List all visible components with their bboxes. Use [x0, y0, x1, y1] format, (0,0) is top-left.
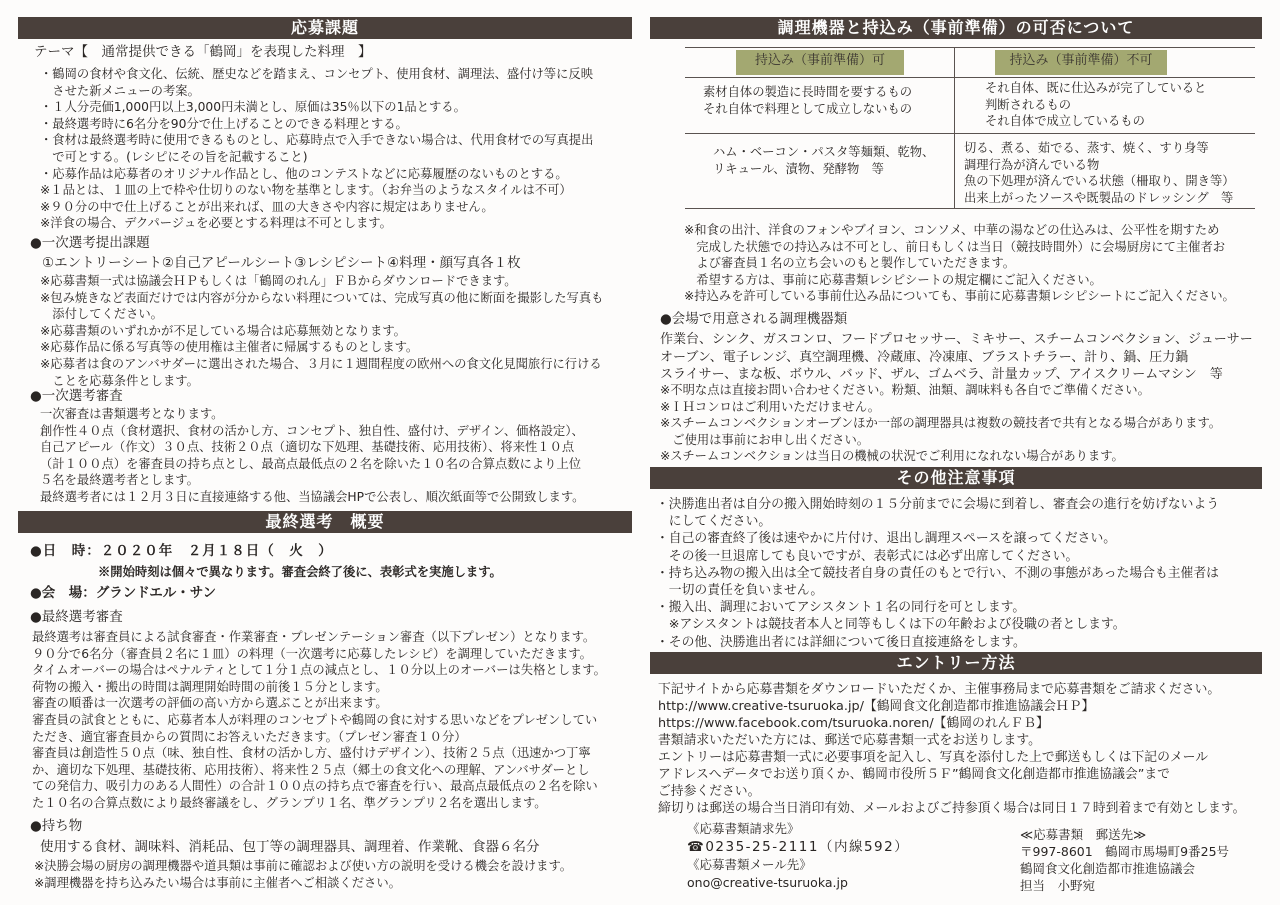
first-review-body: 一次審査は書類選考となります。 創作性４０点（食材選択、食材の活かし方、コンセプ… — [40, 406, 584, 506]
not-allowed-cell: それ自体、既に仕込みが完了していると 判断されるもの それ自体で成立しているもの — [985, 80, 1206, 130]
note-line: よび審査員１名の立ち会いのもと製作していただきます。 — [684, 255, 1235, 272]
section-title-equipment: 調理機器と持込み（事前準備）の可否について — [650, 17, 1262, 39]
table-rule — [685, 47, 1255, 48]
contact-person: 担当 小野宛 — [1020, 877, 1229, 894]
note-line: ※応募作品に係る写真等の使用権は主催者に帰属するものとします。 — [40, 339, 603, 356]
first-submission-notes: ※応募書類一式は協議会ＨＰもしくは「鶴岡のれん」ＦＢからダウンロードできます。 … — [40, 273, 603, 389]
phone-icon: ☎ — [687, 839, 705, 855]
table-rule — [685, 208, 1255, 209]
equipment-heading: ●会場で用意される調理機器類 — [660, 310, 847, 329]
mail-heading: 《応募書類メール先》 — [687, 856, 909, 874]
review-line: か、適切な下処理、基礎技術、応用技術）、将来性２５点（郷土の食文化への理解、アン… — [32, 762, 606, 779]
note-line: 添付してください。 — [40, 306, 603, 323]
allowed-cell: 素材自体の製造に長時間を要するもの それ自体で料理として成立しないもの — [703, 84, 912, 117]
review-line: 審査員の試食とともに、応募者本人が料理のコンセプトや鶴岡の食に対する思いなどをプ… — [32, 712, 606, 729]
header-allowed: 持込み（事前準備）可 — [736, 50, 904, 75]
cell-line: リキュール、漬物、発酵物 等 — [713, 161, 934, 178]
facebook-link[interactable]: https://www.facebook.com/tsuruoka.noren/ — [658, 716, 934, 731]
link-hp-row: http://www.creative-tsuruoka.jp/【鶴岡食文化創造… — [658, 698, 1245, 715]
review-line: 最終選考は審査員による試食審査・作業審査・プレゼンテーション審査（以下プレゼン）… — [32, 629, 606, 646]
theme-bullets: ・鶴岡の食材や食文化、伝統、歴史などを踏まえ、コンセプト、使用食材、調理法、盛付… — [40, 66, 593, 182]
review-line: （計１００点）を審査員の持ち点とし、最高点最低点の２名を除いた１０名の合算点数に… — [40, 456, 584, 473]
email-link[interactable]: ono@creative-tsuruoka.jp — [687, 874, 909, 892]
theme-line: テーマ【 通常提供できる「鶴岡」を表現した料理 】 — [34, 43, 372, 62]
review-line: タイムオーバーの場合はペナルティとして１分１点の減点とし、１０分以上のオーバーは… — [32, 662, 606, 679]
entry-line: アドレスへデータでお送り頂くか、鶴岡市役所５Ｆ”鶴岡食文化創造都市推進協議会”ま… — [658, 766, 1245, 783]
section-title-application-theme: 応募課題 — [18, 17, 632, 39]
organization-name: 鶴岡食文化創造都市推進協議会 — [1020, 860, 1229, 877]
bullet-line: で可とする。(レシピにその旨を記載すること) — [40, 149, 593, 166]
cell-line: 調理行為が済んでいる物 — [964, 157, 1235, 174]
note-line: ※応募書類一式は協議会ＨＰもしくは「鶴岡のれん」ＦＢからダウンロードできます。 — [40, 273, 603, 290]
review-line: た１０名の合算点数により最終審議をし、グランプリ１名、準グランプリ２名を選出しま… — [32, 795, 606, 812]
review-line: 最終選考者には１２月３日に直接連絡する他、当協議会HPで公表し、順次紙面等で公開… — [40, 489, 584, 506]
request-heading: 《応募書類請求先》 — [687, 820, 909, 838]
notice-line: 一切の責任を負いません。 — [656, 582, 1219, 599]
review-line: 審査の順番は一次選考の評価の高い方から選ぶことが出来ます。 — [32, 695, 606, 712]
cell-line: それ自体、既に仕込みが完了していると — [985, 80, 1206, 97]
allowed-cell: ハム・ベーコン・パスタ等麺類、乾物、 リキュール、漬物、発酵物 等 — [713, 144, 934, 177]
cell-line: 判断されるもの — [985, 97, 1206, 114]
notice-line: ・自己の審査終了後は速やかに片付け、退出し調理スペースを譲ってください。 — [656, 530, 1219, 547]
note-line: ※応募書類のいずれかが不足している場合は応募無効となります。 — [40, 323, 603, 340]
notice-line: にしてください。 — [656, 513, 1219, 530]
belongings-list: 使用する食材、調味料、消耗品、包丁等の調理器具、調理着、作業靴、食器６名分 — [40, 838, 540, 857]
review-line: 創作性４０点（食材選択、食材の活かし方、コンセプト、独自性、盛付け、デザイン、価… — [40, 423, 584, 440]
equipment-line: オーブン、電子レンジ、真空調理機、冷蔵庫、冷凍庫、ブラストチラー、計り、鍋、圧力… — [660, 349, 1253, 367]
cell-line: それ自体で料理として成立しないもの — [703, 101, 912, 118]
notice-line: ・搬入出、調理においてアシスタント１名の同行を可とします。 — [656, 599, 1219, 616]
equipment-notes: ※不明な点は直接お問い合わせください。粉類、油類、調味料も各自でご準備ください。… — [660, 382, 1221, 465]
bullet-line: ・応募作品は応募者のオリジナル作品とし、他のコンテストなどに応募履歴のないものと… — [40, 166, 593, 183]
entry-intro: 下記サイトから応募書類をダウンロードいただくか、主催事務局まで応募書類をご請求く… — [658, 681, 1245, 698]
review-line: ての発信力、吸引力のある人間性）の合計１００点の持ち点で審査を行い、最高点最低点… — [32, 778, 606, 795]
note-line: 希望する方は、事前に応募書類レシピシートの規定欄にご記入ください。 — [684, 272, 1235, 289]
equipment-line: スライサー、まな板、ボウル、バッド、ザル、ゴムベラ、計量カップ、アイスクリームマ… — [660, 366, 1253, 384]
table-rule — [685, 133, 1255, 134]
first-submission-items: ①エントリーシート②自己アピールシート③レシピシート④料理・顔写真各１枚 — [42, 254, 521, 273]
notice-line: ・その他、決勝進出者には詳細について後日直接連絡をします。 — [656, 634, 1219, 651]
note-line: ことを応募条件とします。 — [40, 373, 603, 390]
review-line: ５名を最終選考者とします。 — [40, 472, 584, 489]
notice-line: ・決勝進出者は自分の搬入開始時刻の１５分前までに会場に到着し、審査会の進行を妨げ… — [656, 496, 1219, 513]
bullet-line: ・１人分売価1,000円以上3,000円未満とし、原価は35％以下の1品とする。 — [40, 99, 593, 116]
link-fb-row: https://www.facebook.com/tsuruoka.noren/… — [658, 715, 1245, 732]
note-line: ※９０分の中で仕上げることが出来れば、皿の大きさや内容に規定はありません。 — [40, 199, 572, 216]
cell-line: 出来上がったソースや既製品のドレッシング 等 — [964, 190, 1235, 207]
note-line: ※決勝会場の厨房の調理機器や道具類は事前に確認および使い方の説明を受ける機会を設… — [34, 858, 572, 875]
note-line: ※包み焼きなど表面だけでは内容が分からない料理については、完成写真の他に断面を撮… — [40, 290, 603, 307]
cell-line: 素材自体の製造に長時間を要するもの — [703, 84, 912, 101]
other-notes-body: ・決勝進出者は自分の搬入開始時刻の１５分前までに会場に到着し、審査会の進行を妨げ… — [656, 496, 1219, 651]
note-line: ※スチームコンベクションオーブンほか一部の調理器具は複数の競技者で共有となる場合… — [660, 415, 1221, 432]
request-contact: 《応募書類請求先》 ☎0235-25-2111（内線592） 《応募書類メール先… — [687, 820, 909, 892]
postal-address: 〒997-8601 鶴岡市馬場町9番25号 — [1020, 843, 1229, 860]
hp-link-label: 【鶴岡食文化創造都市推進協議会ＨＰ】 — [864, 699, 1094, 714]
cell-line: ハム・ベーコン・パスタ等麺類、乾物、 — [713, 144, 934, 161]
theme-notes: ※１品とは、１皿の上で枠や仕切りのない物を基準とします。（お弁当のようなスタイル… — [40, 182, 572, 232]
cell-line: それ自体で成立しているもの — [985, 113, 1206, 130]
header-not-allowed: 持込み（事前準備）不可 — [995, 50, 1167, 75]
review-line: ただき、適宜審査員からの質問にお答えいただきます。（プレゼン審査１０分） — [32, 729, 606, 746]
first-submission-heading: ●一次選考提出課題 — [30, 234, 150, 253]
final-venue: ●会 場：グランドエル・サン — [30, 584, 216, 603]
review-line: 審査員は創造性５０点（味、独自性、食材の活かし方、盛付けデザイン）、技術２５点（… — [32, 745, 606, 762]
review-line: 一次審査は書類選考となります。 — [40, 406, 584, 423]
mailing-heading: ≪応募書類 郵送先≫ — [1020, 826, 1229, 843]
phone-number[interactable]: 0235-25-2111（内線592） — [705, 839, 909, 855]
not-allowed-cell: 切る、煮る、茹でる、蒸す、焼く、すり身等 調理行為が済んでいる物 魚の下処理が済… — [964, 140, 1235, 206]
section-title-final-overview: 最終選考 概要 — [18, 511, 632, 533]
fb-link-label: 【鶴岡のれんＦＢ】 — [934, 716, 1049, 731]
review-line: 自己アピール（作文）３０点、技術２０点（適切な下処理、基礎技術、応用技術）、将来… — [40, 439, 584, 456]
note-line: ※スチームコンベクションは当日の機械の状況でご利用になれない場合があります。 — [660, 448, 1221, 465]
table-rule — [685, 77, 1255, 78]
entry-line: エントリーは応募書類一式に必要事項を記入し、写真を添付した上で郵送もしくは下記の… — [658, 749, 1245, 766]
mailing-address: ≪応募書類 郵送先≫ 〒997-8601 鶴岡市馬場町9番25号 鶴岡食文化創造… — [1020, 826, 1229, 894]
phone-row: ☎0235-25-2111（内線592） — [687, 838, 909, 856]
notice-line: ※アシスタントは競技者本人と同等もしくは下の年齢および役職の者とします。 — [656, 616, 1219, 633]
first-review-heading: ●一次選考審査 — [30, 387, 123, 406]
notice-line: ・持ち込み物の搬入出は全て競技者自身の責任のもとで行い、不測の事態があった場合も… — [656, 565, 1219, 582]
note-line: ※応募者は食のアンバサダーに選出された場合、３月に１週間程度の欧州への食文化見聞… — [40, 356, 603, 373]
equipment-list: 作業台、シンク、ガスコンロ、フードプロセッサー、ミキサー、スチームコンベクション… — [660, 331, 1253, 384]
bullet-line: ・最終選考時に6名分を90分で仕上げることのできる料理とする。 — [40, 116, 593, 133]
bullet-line: させた新メニューの考案。 — [40, 83, 593, 100]
table-divider — [954, 47, 955, 209]
note-line: ※調理機器を持ち込みたい場合は事前に主催者へご相談ください。 — [34, 875, 572, 892]
belongings-heading: ●持ち物 — [30, 817, 82, 836]
section-title-entry-method: エントリー方法 — [650, 652, 1262, 674]
cell-line: 切る、煮る、茹でる、蒸す、焼く、すり身等 — [964, 140, 1235, 157]
bullet-line: ・食材は最終選考時に使用できるものとし、応募時点で入手できない場合は、代用食材で… — [40, 132, 593, 149]
final-review-heading: ●最終選考審査 — [30, 608, 123, 627]
entry-line: 書類請求いただいた方には、郵送で応募書類一式をお送りします。 — [658, 732, 1245, 749]
belongings-notes: ※決勝会場の厨房の調理機器や道具類は事前に確認および使い方の説明を受ける機会を設… — [34, 858, 572, 891]
note-line: ご使用は事前にお申し出ください。 — [660, 432, 1221, 449]
entry-body: 下記サイトから応募書類をダウンロードいただくか、主催事務局まで応募書類をご請求く… — [658, 681, 1245, 817]
equipment-line: 作業台、シンク、ガスコンロ、フードプロセッサー、ミキサー、スチームコンベクション… — [660, 331, 1253, 349]
entry-line: ご持参ください。 — [658, 783, 1245, 800]
review-line: ９０分で6名分（審査員２名に１皿）の料理（一次選考に応募したレシピ）を調理してい… — [32, 646, 606, 663]
note-line: ※不明な点は直接お問い合わせください。粉類、油類、調味料も各自でご準備ください。 — [660, 382, 1221, 399]
notice-line: その後一旦退席しても良いですが、表彰式には必ず出席してください。 — [656, 548, 1219, 565]
entry-line: 締切りは郵送の場合当日消印有効、メールおよびご持参頂く場合は同日１７時到着まで有… — [658, 800, 1245, 817]
final-review-body: 最終選考は審査員による試食審査・作業審査・プレゼンテーション審査（以下プレゼン）… — [32, 629, 606, 812]
note-line: ※洋食の場合、デクパージュを必要とする料理は不可とします。 — [40, 215, 572, 232]
bullet-line: ・鶴岡の食材や食文化、伝統、歴史などを踏まえ、コンセプト、使用食材、調理法、盛付… — [40, 66, 593, 83]
note-line: ※１品とは、１皿の上で枠や仕切りのない物を基準とします。（お弁当のようなスタイル… — [40, 182, 572, 199]
table-notes: ※和食の出汁、洋食のフォンやブイヨン、コンソメ、中華の湯などの仕込みは、公平性を… — [684, 222, 1235, 305]
note-line: ※持込みを許可している事前仕込み品についても、事前に応募書類レシピシートにご記入… — [684, 288, 1235, 305]
bring-in-table: 持込み（事前準備）可 持込み（事前準備）不可 素材自体の製造に長時間を要するもの… — [685, 47, 1255, 209]
note-line: ※ＩＨコンロはご利用いただけません。 — [660, 399, 1221, 416]
hp-link[interactable]: http://www.creative-tsuruoka.jp/ — [658, 699, 864, 714]
note-line: 完成した状態での持込みは不可とし、前日もしくは当日（競技時間外）に会場厨房にて主… — [684, 239, 1235, 256]
note-line: ※和食の出汁、洋食のフォンやブイヨン、コンソメ、中華の湯などの仕込みは、公平性を… — [684, 222, 1235, 239]
final-date: ●日 時：２０２０年 ２月１８日（ 火 ） — [30, 542, 333, 561]
section-title-other-notes: その他注意事項 — [650, 467, 1262, 489]
cell-line: 魚の下処理が済んでいる状態（柵取り、開き等） — [964, 173, 1235, 190]
final-date-note: ※開始時刻は個々で異なります。審査会終了後に、表彰式を実施します。 — [98, 564, 502, 581]
review-line: 荷物の搬入・搬出の時間は調理開始時間の前後１５分とします。 — [32, 679, 606, 696]
